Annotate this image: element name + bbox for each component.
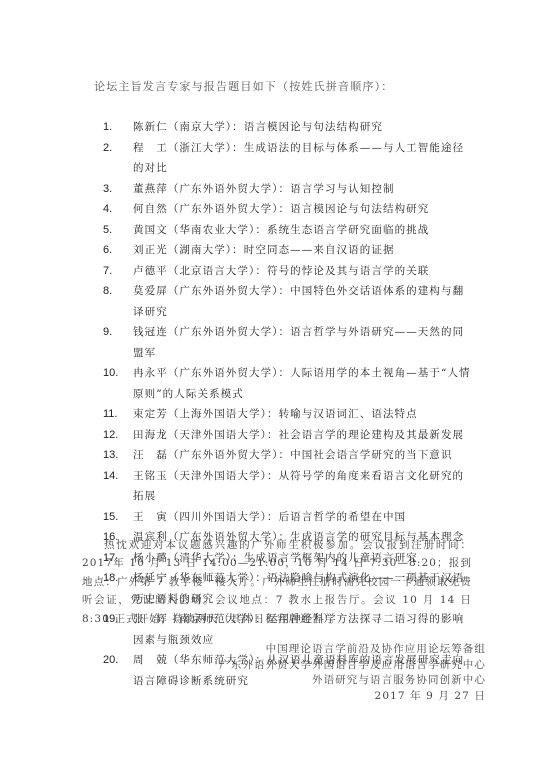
item-number: 11. (103, 404, 131, 425)
intro-text: 论坛主旨发言专家与报告题目如下（按姓氏拼音顺序）： (94, 78, 394, 94)
speaker-topic: 符号的悖论及其与语言学的关联 (267, 265, 429, 277)
item-number: 15. (103, 507, 131, 528)
speaker-item: 10.冉永平（广东外语外贸大学）：人际语用学的本土视角—基于“人情原则”的人际关… (103, 363, 473, 404)
speaker-affiliation: （浙江大学）： (168, 142, 244, 154)
item-number: 6. (103, 240, 131, 261)
speaker-item: 1.陈新仁（南京大学）：语言模因论与句法结构研究 (103, 117, 473, 138)
item-number: 3. (103, 179, 131, 200)
speaker-name: 程 工 (133, 142, 168, 154)
speaker-name: 黄国文 (133, 224, 168, 236)
item-number: 8. (103, 281, 131, 302)
speaker-item: 9.钱冠连（广东外语外贸大学）：语言哲学与外语研究——天然的同盟军 (103, 322, 473, 363)
speaker-affiliation: （上海外国语大学）： (168, 408, 279, 420)
speaker-affiliation: （广东外语外贸大学）： (168, 449, 290, 461)
speaker-item: 12.田海龙（天津外国语大学）：社会语言学的理论建构及其最新发展 (103, 425, 473, 446)
speaker-name: 卢德平 (133, 265, 168, 277)
speaker-topic: 社会语言学的理论建构及其最新发展 (279, 429, 465, 441)
speaker-topic: 转喻与汉语词汇、语法特点 (279, 408, 418, 420)
speaker-name: 董燕萍 (133, 183, 168, 195)
speaker-affiliation: （天津外国语大学）： (168, 429, 279, 441)
item-number: 14. (103, 466, 131, 487)
item-number: 9. (103, 322, 131, 343)
item-number: 12. (103, 425, 131, 446)
speaker-topic: 系统生态语言学研究面临的挑战 (267, 224, 429, 236)
signature-research-center: 广东外语外贸大学外国语言学及应用语言学研究中心 (219, 658, 486, 674)
speaker-item: 13.汪 磊（广东外语外贸大学）：中国社会语言学研究的当下意识 (103, 445, 473, 466)
speaker-topic: 时空同态——来自汉语的证据 (244, 244, 395, 256)
speaker-name: 钱冠连 (133, 326, 168, 338)
speaker-topic: 后语言哲学的希望在中国 (279, 511, 407, 523)
document-page: 论坛主旨发言专家与报告题目如下（按姓氏拼音顺序）： 1.陈新仁（南京大学）：语言… (0, 0, 543, 768)
signature-block: 中国理论语言学前沿及协作应用论坛筹备组 广东外语外贸大学外国语言学及应用语言学研… (219, 642, 486, 704)
speaker-item: 11.束定芳（上海外国语大学）：转喻与汉语词汇、语法特点 (103, 404, 473, 425)
speaker-item: 5.黄国文（华南农业大学）：系统生态语言学研究面临的挑战 (103, 220, 473, 241)
item-number: 13. (103, 445, 131, 466)
speaker-affiliation: （湖南大学）： (168, 244, 244, 256)
speaker-name: 束定芳 (133, 408, 168, 420)
item-number: 20. (103, 650, 131, 671)
speaker-name: 王 寅 (133, 511, 168, 523)
speaker-name: 冉永平 (133, 367, 168, 379)
speaker-item: 2.程 工（浙江大学）：生成语法的目标与体系——与人工智能途径的对比 (103, 138, 473, 179)
speaker-affiliation: （广东外语外贸大学）： (168, 367, 290, 379)
speaker-name: 王铭玉 (133, 470, 168, 482)
speaker-affiliation: （广东外语外贸大学）： (168, 285, 290, 297)
item-number: 10. (103, 363, 131, 384)
speaker-topic: 语言学习与认知控制 (290, 183, 394, 195)
item-number: 5. (103, 220, 131, 241)
speaker-name: 汪 磊 (133, 449, 168, 461)
speaker-name: 周 兢 (133, 654, 168, 666)
speaker-item: 8.莫爱屏（广东外语外贸大学）：中国特色外交话语体系的建构与翻译研究 (103, 281, 473, 322)
speaker-item: 7.卢德平（北京语言大学）：符号的悖论及其与语言学的关联 (103, 261, 473, 282)
signature-innovation-center: 外语研究与语言服务协同创新中心 (219, 673, 486, 689)
item-number: 7. (103, 261, 131, 282)
registration-notice: 热忱欢迎对本议题感兴趣的广外师生积极参加。会议报到注册时间：2017年 10 月… (82, 536, 472, 629)
speaker-item: 6.刘正光（湖南大学）：时空同态——来自汉语的证据 (103, 240, 473, 261)
speaker-affiliation: （南京大学）： (168, 121, 244, 133)
item-number: 4. (103, 199, 131, 220)
speaker-affiliation: （广东外语外贸大学）： (168, 326, 290, 338)
speaker-topic: 语言模因论与句法结构研究 (244, 121, 383, 133)
speaker-affiliation: （北京语言大学）： (168, 265, 267, 277)
item-number: 2. (103, 138, 131, 159)
speaker-name: 陈新仁 (133, 121, 168, 133)
speaker-affiliation: （广东外语外贸大学）： (168, 183, 290, 195)
signature-organizer: 中国理论语言学前沿及协作应用论坛筹备组 (219, 642, 486, 658)
speaker-item: 4.何自然（广东外语外贸大学）：语言模因论与句法结构研究 (103, 199, 473, 220)
speaker-topic: 中国社会语言学研究的当下意识 (290, 449, 452, 461)
signature-date: 2017 年 9 月 27 日 (219, 689, 486, 705)
speaker-name: 田海龙 (133, 429, 168, 441)
speaker-name: 莫爱屏 (133, 285, 168, 297)
speaker-name: 刘正光 (133, 244, 168, 256)
speaker-item: 14.王铭玉（天津外国语大学）：从符号学的角度来看语言文化研究的拓展 (103, 466, 473, 507)
speaker-topic: 语言模因论与句法结构研究 (290, 203, 429, 215)
speaker-item: 15.王 寅（四川外国语大学）：后语言哲学的希望在中国 (103, 507, 473, 528)
speaker-affiliation: （天津外国语大学）： (168, 470, 279, 482)
speaker-affiliation: （广东外语外贸大学）： (168, 203, 290, 215)
speaker-affiliation: （华南农业大学）： (168, 224, 267, 236)
speaker-item: 3.董燕萍（广东外语外贸大学）：语言学习与认知控制 (103, 179, 473, 200)
speaker-name: 何自然 (133, 203, 168, 215)
item-number: 1. (103, 117, 131, 138)
speaker-affiliation: （四川外国语大学）： (168, 511, 279, 523)
